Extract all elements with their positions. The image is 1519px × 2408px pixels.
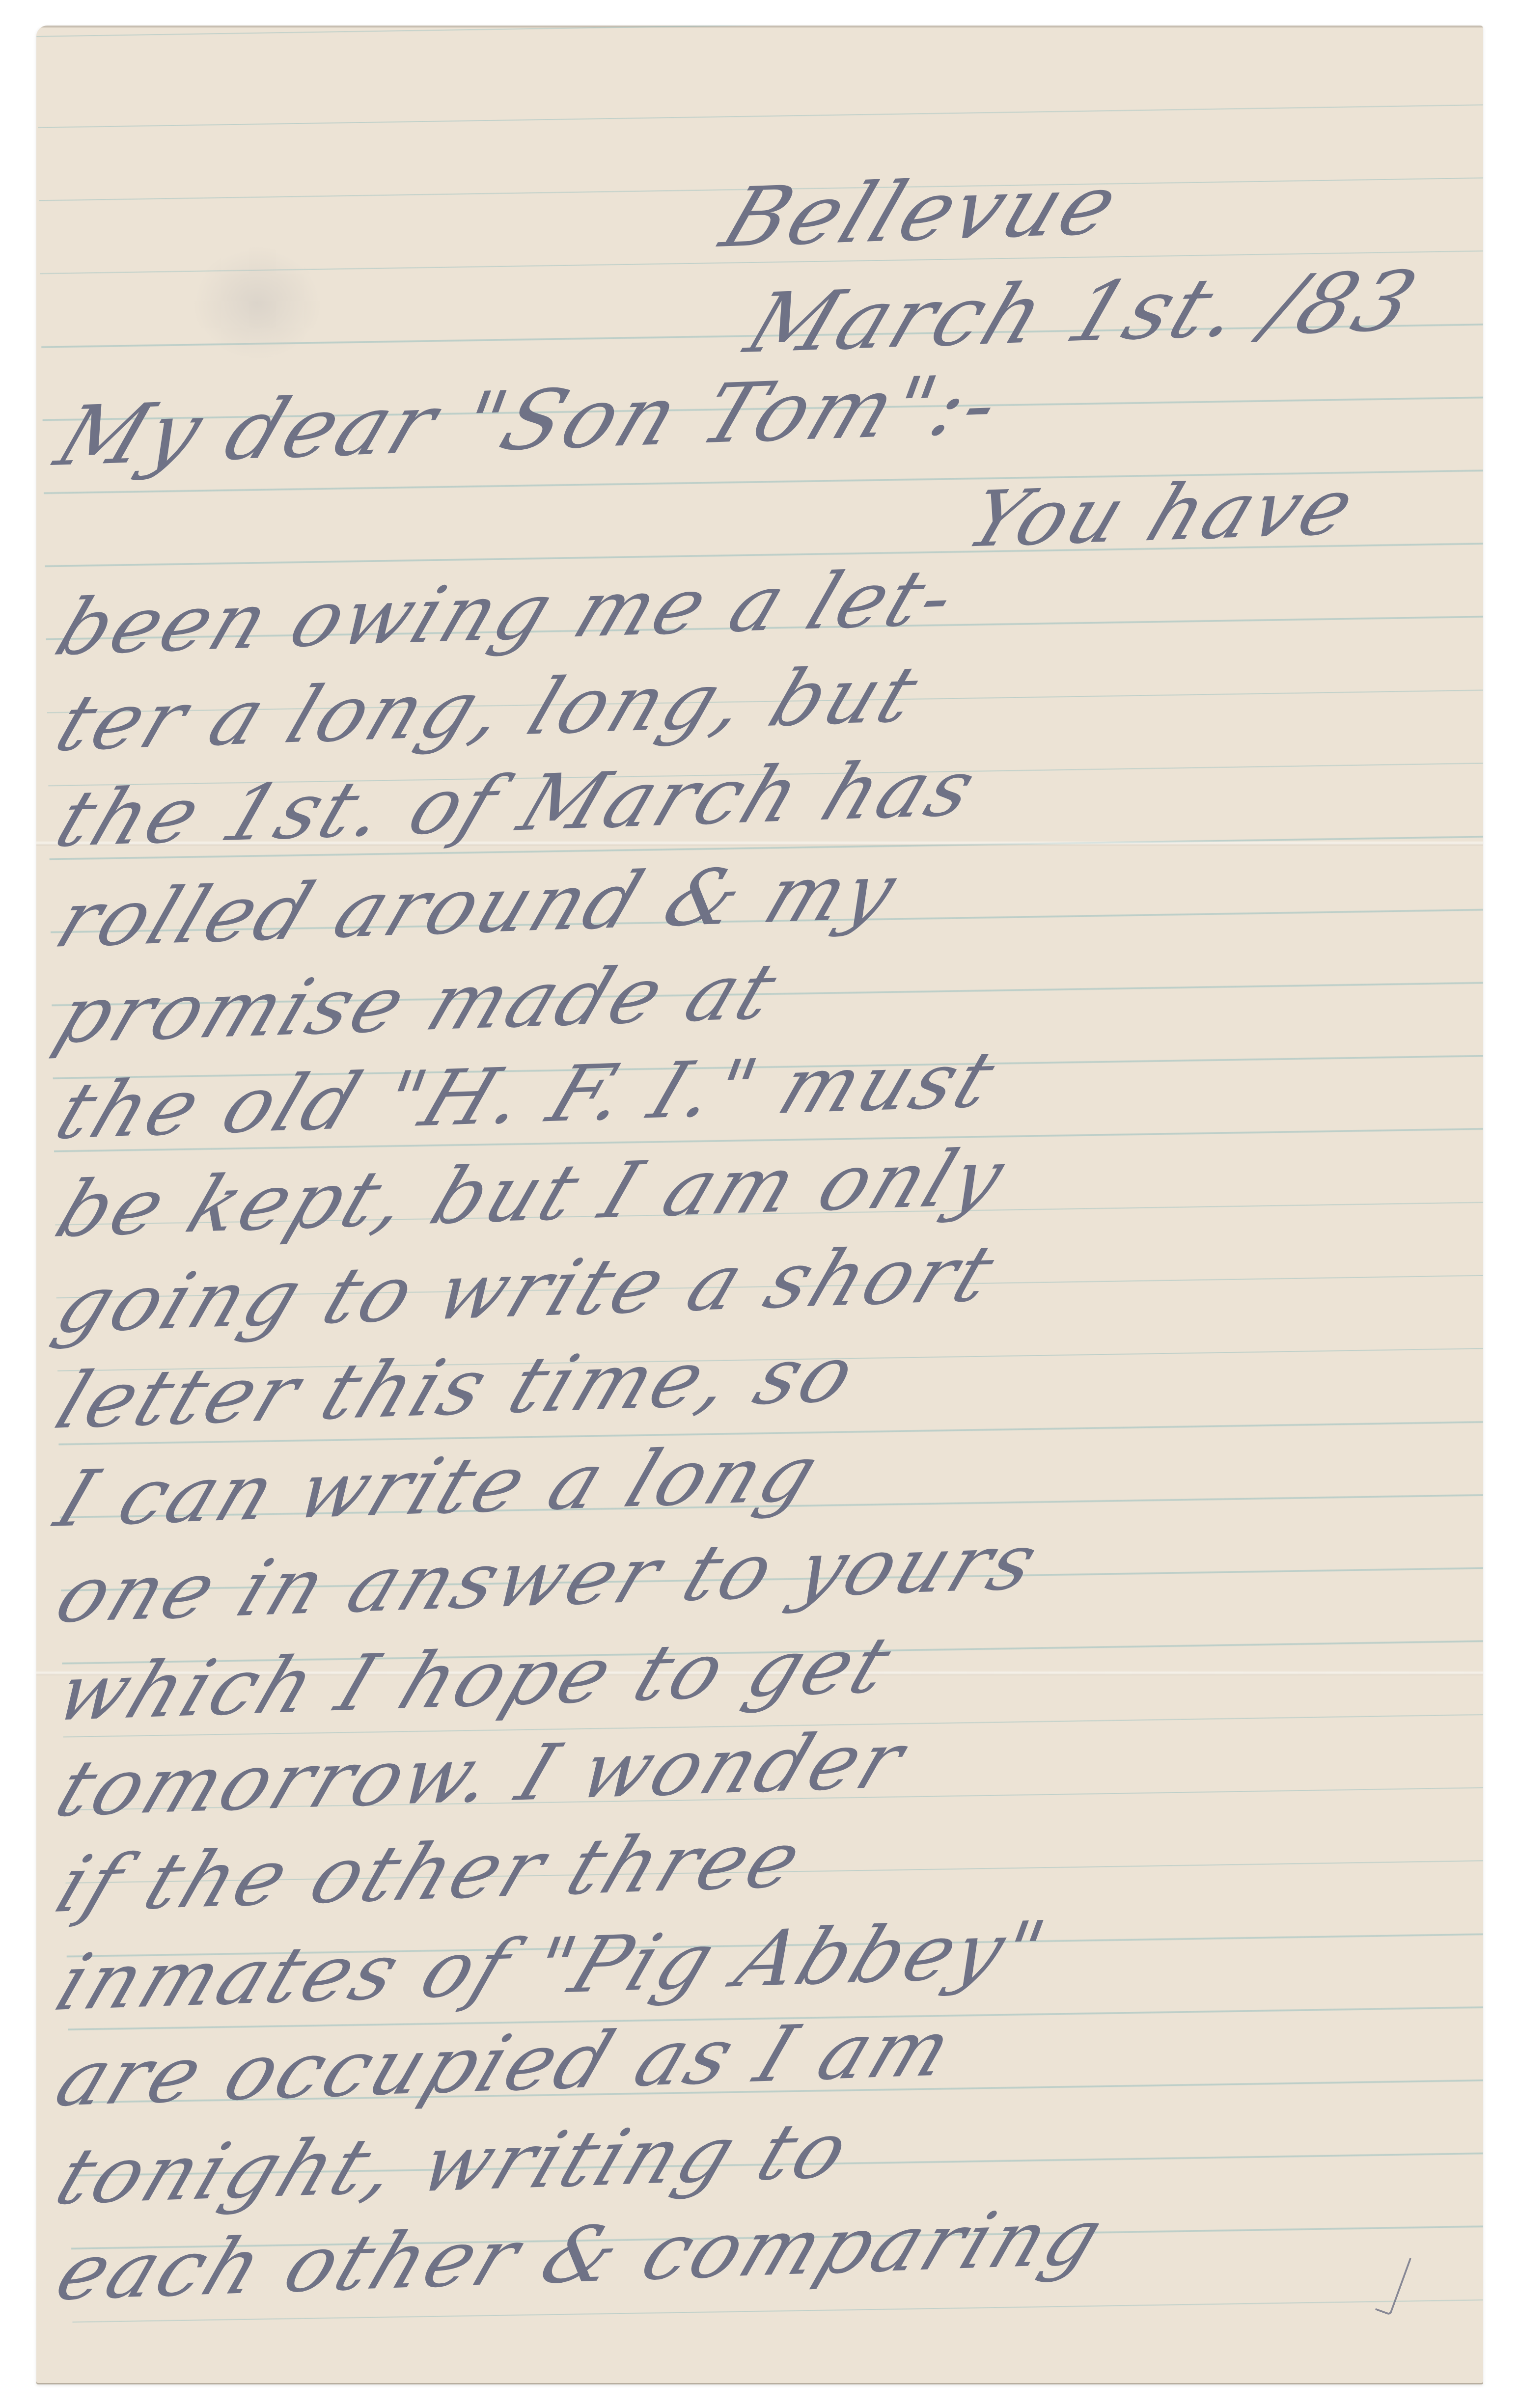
letter-place: Bellevue xyxy=(712,164,1131,259)
letter-date: March 1st. /83 xyxy=(737,260,1429,365)
letter-line: You have xyxy=(958,468,1367,559)
embossed-stationery-mark xyxy=(193,246,321,359)
